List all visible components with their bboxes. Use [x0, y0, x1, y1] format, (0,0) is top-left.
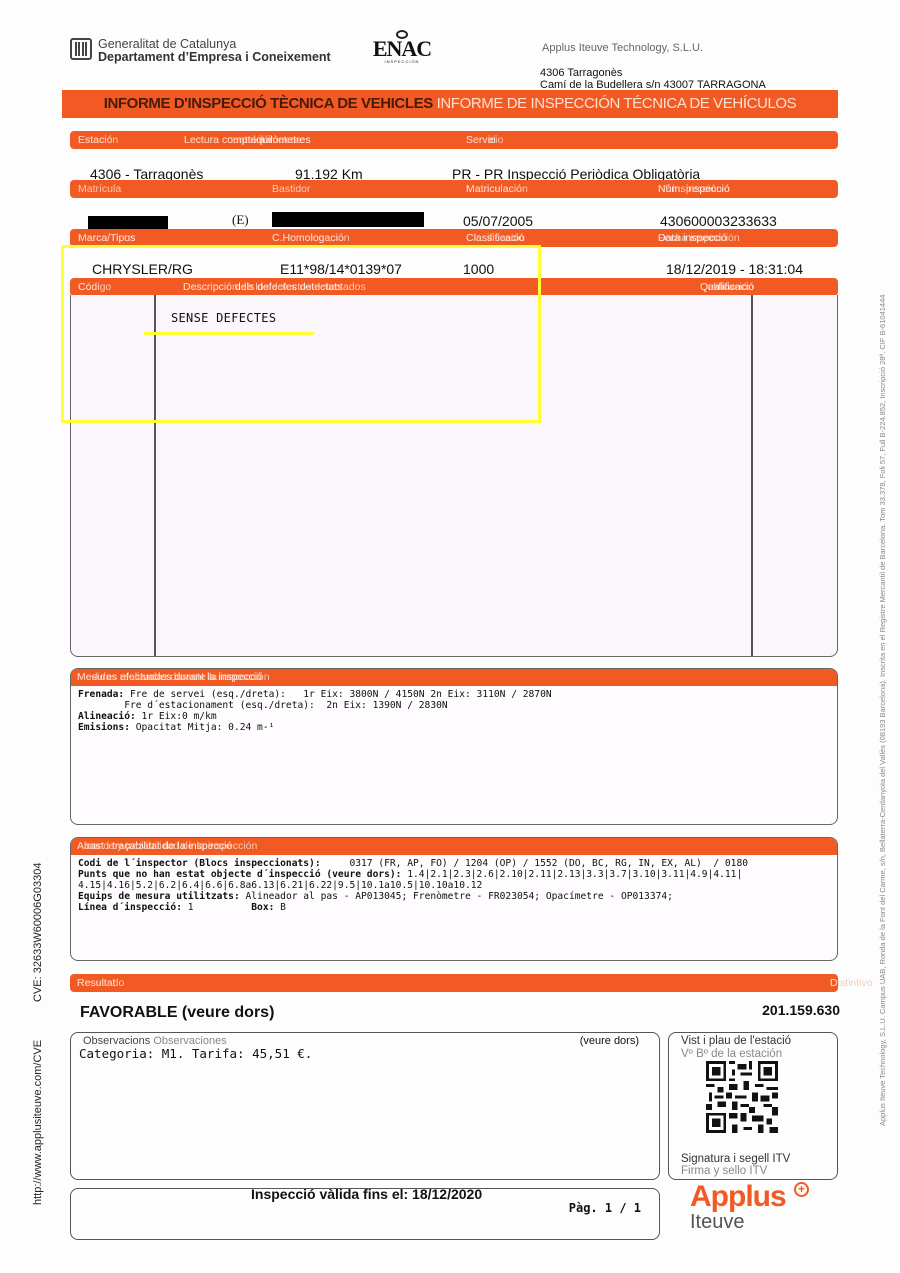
- line-key: Línea d´inspecció:: [78, 902, 182, 913]
- cve-code: CVE: 32633W60006G03304: [32, 863, 44, 1002]
- title-ca: INFORME D'INSPECCIÓ TÈCNICA DE VEHICLES: [104, 95, 433, 112]
- line-text: 4.15|4.16|5.2|6.2|6.4|6.6|6.8a6.13|6.21|…: [78, 880, 482, 891]
- plus-circle-icon: +: [794, 1182, 809, 1197]
- legal-notice: Applus Iteuve Technology, S.L.U. Campus …: [878, 295, 887, 1126]
- line-text: 1: [182, 902, 251, 913]
- highlight-underline: [144, 332, 314, 335]
- label-classification-es: Clasificación: [466, 229, 525, 247]
- classification-value: 1000: [463, 261, 494, 277]
- measurements-lines: Frenada: Fre de servei (esq./dreta): 1r …: [78, 689, 552, 733]
- registration-date-value: 05/07/2005: [463, 213, 533, 229]
- label-make-es: Marca/Tipo: [78, 229, 130, 247]
- line-key: Emisions:: [78, 722, 130, 733]
- measurement-line: Alineació: 1r Eix:0 m/km: [78, 711, 552, 722]
- band-defects: Codi Código Descripció dels defectes det…: [70, 278, 838, 296]
- stamp-title-es: Vº Bº de la estación: [681, 1048, 782, 1060]
- band-traceability: Abast i traçabilitat de la inspecció Alc…: [70, 837, 838, 855]
- badge-number: 201.159.630: [762, 1002, 840, 1018]
- traceability-line: Punts que no han estat objecte d´inspecc…: [78, 869, 748, 880]
- inspection-number-value: 430600003233633: [660, 213, 777, 229]
- divider: [751, 295, 753, 656]
- band-make-homologation-class-date: Marca/Tipus Marca/Tipo C.Homologació C.H…: [70, 229, 838, 247]
- label-station-es: Estación: [78, 131, 118, 149]
- station-stamp-box: Vist i plau de l'estació Vº Bº de la est…: [668, 1032, 838, 1180]
- traceability-lines: Codi de l´inspector (Blocs inspeccionats…: [78, 858, 748, 913]
- enac-word: ENAC: [372, 39, 432, 59]
- label-insp-date-es: Fecha inspección: [658, 229, 740, 247]
- line-key: Alineació:: [78, 711, 136, 722]
- band-result: Resultat Resultado Distintiu Distintivo: [70, 974, 838, 992]
- line-text: Alineador al pas - AP013045; Frenòmetre …: [240, 891, 673, 902]
- gov-line2: Departament d’Empresa i Coneixement: [98, 51, 331, 64]
- line-key: Box:: [251, 902, 274, 913]
- traceability-section: Abast i traçabilitat de la inspecció Alc…: [70, 837, 838, 961]
- line-text: 0317 (FR, AP, FO) / 1204 (OP) / 1552 (DO…: [321, 858, 748, 869]
- station-address: 4306 Tarragonès Camí de la Budellera s/n…: [540, 67, 766, 91]
- traceability-line: 4.15|4.16|5.2|6.2|6.4|6.6|6.8a6.13|6.21|…: [78, 880, 748, 891]
- label-odometer-es: Lectura cuentakilómetros: [184, 131, 301, 149]
- measurements-section: Mesures efectuades durant la inspecció M…: [70, 668, 838, 825]
- result-value: FAVORABLE (veure dors): [80, 1004, 274, 1022]
- measurement-line: Fre d´estacionament (esq./dreta): 2n Eix…: [78, 700, 552, 711]
- observations-box: Observacions Observaciones (veure dors) …: [70, 1032, 660, 1180]
- applus-logo: Applus + Iteuve: [690, 1182, 786, 1232]
- line-text: Fre d´estacionament (esq./dreta): 2n Eix…: [78, 700, 448, 711]
- plate-suffix: (E): [232, 212, 249, 228]
- band-station-odometer-service: Estació Estación Lectura comptaquilòmetr…: [70, 131, 838, 149]
- divider: [154, 295, 156, 656]
- observations-text: Categoria: M1. Tarifa: 45,51 €.: [79, 1046, 312, 1061]
- measurement-line: Frenada: Fre de servei (esq./dreta): 1r …: [78, 689, 552, 700]
- inspection-datetime-value: 18/12/2019 - 18:31:04: [666, 261, 803, 277]
- report-title: INFORME D'INSPECCIÓ TÈCNICA DE VEHICLES …: [62, 90, 838, 118]
- line-text: Opacitat Mitja: 0.24 m-¹: [130, 722, 274, 733]
- stamp-title-ca: Vist i plau de l'estació: [681, 1035, 791, 1047]
- line-key: Codi de l´inspector (Blocs inspeccionats…: [78, 858, 321, 869]
- line-text: Fre de servei (esq./dreta): 1r Eix: 3800…: [124, 689, 551, 700]
- qr-code-icon: [705, 1061, 779, 1133]
- label-code-es: Código: [78, 278, 111, 296]
- generalitat-logo-icon: [70, 38, 92, 60]
- government-header: Generalitat de Catalunya Departament d’E…: [98, 38, 331, 64]
- title-es: INFORME DE INSPECCIÓN TÉCNICA DE VEHÍCUL…: [437, 95, 797, 112]
- label-defects-es: Descripción de los defectos detectados: [183, 278, 366, 296]
- traceability-line: Codi de l´inspector (Blocs inspeccionats…: [78, 858, 748, 869]
- line-text: B: [274, 902, 286, 913]
- page-number: Pàg. 1 / 1: [569, 1201, 641, 1215]
- make-type-value: CHRYSLER/RG: [92, 261, 193, 277]
- line-text: 1.4|2.1|2.3|2.6|2.10|2.11|2.13|3.3|3.7|3…: [401, 869, 742, 880]
- redacted-vin: [272, 212, 424, 227]
- brand-sub: Iteuve: [690, 1212, 786, 1232]
- brand-name: Applus: [690, 1182, 786, 1212]
- traceability-line: Línea d´inspecció: 1 Box: B: [78, 902, 748, 913]
- defects-text: SENSE DEFECTES: [171, 311, 276, 325]
- label-plate: Matrícula: [78, 180, 121, 198]
- label-badge-es: Distintivo: [830, 974, 873, 992]
- cve-url: http://www.applusiteuve.com/CVE: [32, 1040, 44, 1205]
- label-result-es: Resultado: [77, 974, 124, 992]
- band-plate-vin-regdate-number: Matrícula Bastidor Matriculació Matricul…: [70, 180, 838, 198]
- signature-label-ca: Signatura i segell ITV: [681, 1153, 790, 1165]
- label-insp-number-es: Nº inspección: [658, 180, 722, 198]
- measurement-line: Emisions: Opacitat Mitja: 0.24 m-¹: [78, 722, 552, 733]
- label-reg-date-es: Matriculación: [466, 180, 528, 198]
- line-key: Frenada:: [78, 689, 124, 700]
- company-name: Applus Iteuve Technology, S.L.U.: [542, 42, 703, 54]
- valid-until-text: Inspecció vàlida fins el: 18/12/2020: [251, 1186, 482, 1202]
- enac-logo: ENAC INSPECCIÓN: [372, 30, 432, 64]
- validity-box: Inspecció vàlida fins el: 18/12/2020 Pàg…: [70, 1188, 660, 1240]
- inspection-report-page: Generalitat de Catalunya Departament d’E…: [0, 0, 900, 1273]
- station-line: 4306 Tarragonès: [540, 67, 766, 79]
- label-measurements-es: Medidas realizadas durante la inspección: [77, 668, 270, 686]
- label-rating-es: Calificación: [700, 278, 754, 296]
- band-measurements: Mesures efectuades durant la inspecció M…: [70, 668, 838, 686]
- traceability-line: Equips de mesura utilitzats: Alineador a…: [78, 891, 748, 902]
- label-traceability-es: Alcance y trazabilidad de la inspección: [77, 837, 257, 855]
- line-key: Punts que no han estat objecte d´inspecc…: [78, 869, 401, 880]
- defects-table: SENSE DEFECTES: [70, 295, 838, 657]
- line-key: Equips de mesura utilitzats:: [78, 891, 240, 902]
- see-back-note: (veure dors): [580, 1035, 639, 1047]
- label-vin: Bastidor: [272, 180, 311, 198]
- signature-label-es: Firma y sello ITV: [681, 1165, 767, 1177]
- label-homologation-es: C.Homologación: [272, 229, 350, 247]
- label-service-es: Servicio: [466, 131, 503, 149]
- line-text: 1r Eix:0 m/km: [136, 711, 217, 722]
- homologation-value: E11*98/14*0139*07: [280, 261, 402, 277]
